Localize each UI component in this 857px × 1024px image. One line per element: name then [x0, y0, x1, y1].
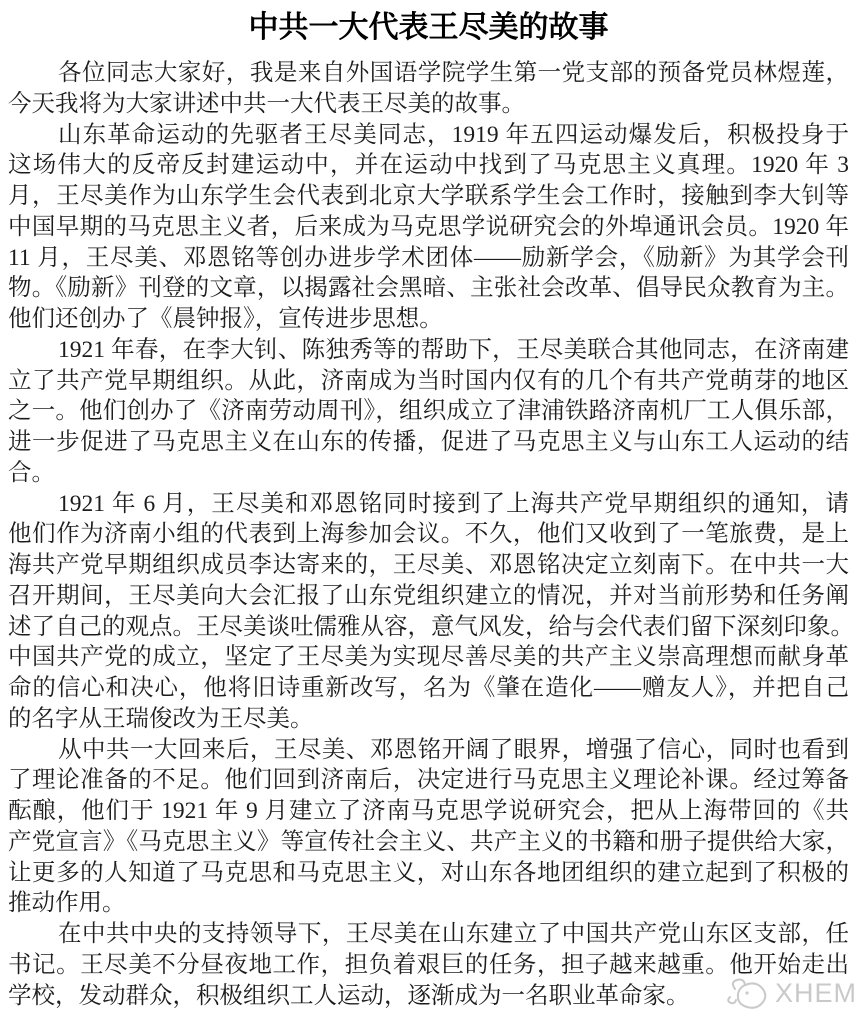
text-line: 产党宣言》《马克思主义》等宣传社会主义、共产主义的书籍和册子提供给大家， [8, 827, 849, 858]
text-line: 让更多的人知道了马克思和马克思主义，对山东各地团组织的建立起到了积极的 [8, 858, 849, 889]
paragraph: 从中共一大回来后，王尽美、邓恩铭开阔了眼界，增强了信心，同时也看到了理论准备的不… [8, 735, 849, 920]
text-line: 各位同志大家好，我是来自外国语学院学生第一党支部的预备党员林煜莲， [8, 58, 849, 89]
text-line: 月，王尽美作为山东学生会代表到北京大学联系学生会工作时，接触到李大钊等 [8, 181, 849, 212]
text-line: 酝酿，他们于 1921 年 9 月建立了济南马克思学说研究会，把从上海带回的《共 [8, 796, 849, 827]
text-line: 书记。王尽美不分昼夜地工作，担负着艰巨的任务，担子越来越重。他开始走出 [8, 950, 849, 981]
paragraph: 1921 年 6 月，王尽美和邓恩铭同时接到了上海共产党早期组织的通知，请他们作… [8, 489, 849, 735]
text-line: 山东革命运动的先驱者王尽美同志，1919 年五四运动爆发后，积极投身于 [8, 120, 849, 151]
text-line: 海共产党早期组织成员李达寄来的，王尽美、邓恩铭决定立刻南下。在中共一大 [8, 550, 849, 581]
document-title: 中共一大代表王尽美的故事 [0, 0, 857, 49]
text-line: 推动作用。 [8, 888, 849, 919]
text-line: 的名字从王瑞俊改为王尽美。 [8, 704, 849, 735]
text-line: 立了共产党早期组织。从此，济南成为当时国内仅有的几个有共产党萌芽的地区 [8, 366, 849, 397]
text-line: 中国早期的马克思主义者，后来成为马克思学说研究会的外埠通讯会员。1920 年 [8, 212, 849, 243]
paragraph: 1921 年春，在李大钊、陈独秀等的帮助下，王尽美联合其他同志，在济南建立了共产… [8, 335, 849, 489]
text-line: 中国共产党的成立，坚定了王尽美为实现尽善尽美的共产主义崇高理想而献身革 [8, 642, 849, 673]
text-line: 学校，发动群众，积极组织工人运动，逐渐成为一名职业革命家。 [8, 981, 849, 1012]
text-line: 物。《励新》刊登的文章，以揭露社会黑暗、主张社会改革、倡导民众教育为主。 [8, 273, 849, 304]
text-line: 从中共一大回来后，王尽美、邓恩铭开阔了眼界，增强了信心，同时也看到 [8, 735, 849, 766]
text-line: 他们作为济南小组的代表到上海参加会议。不久，他们又收到了一笔旅费，是上 [8, 519, 849, 550]
paragraph: 在中共中央的支持领导下，王尽美在山东建立了中国共产党山东区支部，任书记。王尽美不… [8, 919, 849, 1011]
text-line: 召开期间，王尽美向大会汇报了山东党组织建立的情况，并对当前形势和任务阐 [8, 581, 849, 612]
text-line: 1921 年春，在李大钊、陈独秀等的帮助下，王尽美联合其他同志，在济南建 [8, 335, 849, 366]
text-line: 命的信心和决心，他将旧诗重新改写，名为《肇在造化——赠友人》，并把自己 [8, 673, 849, 704]
text-line: 了理论准备的不足。他们回到济南后，决定进行马克思主义理论补课。经过筹备 [8, 765, 849, 796]
text-line: 今天我将为大家讲述中共一大代表王尽美的故事。 [8, 89, 849, 120]
text-line: 进一步促进了马克思主义在山东的传播，促进了马克思主义与山东工人运动的结 [8, 427, 849, 458]
document-page: 中共一大代表王尽美的故事 各位同志大家好，我是来自外国语学院学生第一党支部的预备… [0, 0, 857, 1024]
paragraph: 各位同志大家好，我是来自外国语学院学生第一党支部的预备党员林煜莲，今天我将为大家… [8, 58, 849, 120]
text-line: 这场伟大的反帝反封建运动中，并在运动中找到了马克思主义真理。1920 年 3 [8, 150, 849, 181]
text-line: 述了自己的观点。王尽美谈吐儒雅从容，意气风发，给与会代表们留下深刻印象。 [8, 612, 849, 643]
text-line: 1921 年 6 月，王尽美和邓恩铭同时接到了上海共产党早期组织的通知，请 [8, 489, 849, 520]
document-body: 各位同志大家好，我是来自外国语学院学生第一党支部的预备党员林煜莲，今天我将为大家… [0, 49, 857, 1011]
text-line: 他们还创办了《晨钟报》，宣传进步思想。 [8, 304, 849, 335]
text-line: 之一。他们创办了《济南劳动周刊》，组织成立了津浦铁路济南机厂工人俱乐部， [8, 396, 849, 427]
text-line: 11 月，王尽美、邓恩铭等创办进步学术团体——励新学会，《励新》为其学会刊 [8, 243, 849, 274]
text-line: 合。 [8, 458, 849, 489]
paragraph: 山东革命运动的先驱者王尽美同志，1919 年五四运动爆发后，积极投身于这场伟大的… [8, 120, 849, 335]
text-line: 在中共中央的支持领导下，王尽美在山东建立了中国共产党山东区支部，任 [8, 919, 849, 950]
